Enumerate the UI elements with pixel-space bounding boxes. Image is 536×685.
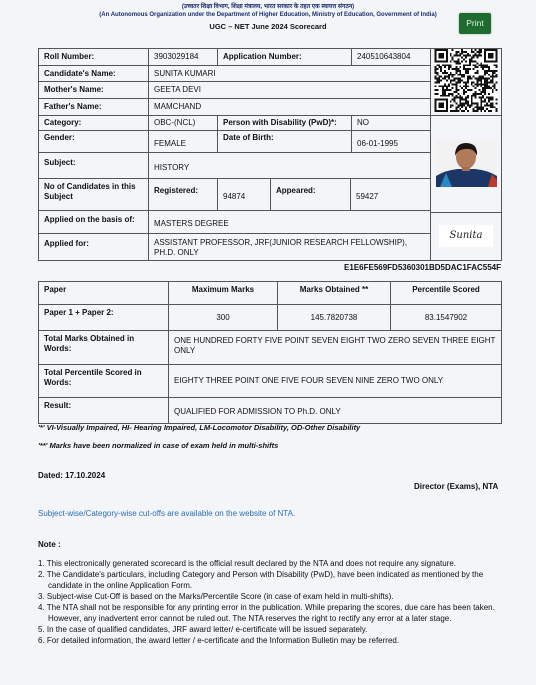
note-item: 3. Subject-wise Cut-Off is based on the … (38, 591, 508, 602)
director-signatory: Director (Exams), NTA (414, 482, 498, 491)
pwd-label: Person with Disability (PwD)*: (217, 115, 352, 131)
page-title: UGC – NET June 2024 Scorecard (0, 22, 536, 31)
gender-label: Gender: (38, 130, 149, 153)
result-label: Result: (38, 397, 169, 424)
max-marks-value: 300 (168, 304, 278, 331)
basis-label: Applied on the basis of: (38, 210, 149, 234)
candidate-name-value: SUNITA KUMARI (148, 65, 431, 82)
verification-hash: E1E6FE569FD5360301BD5DAC1FAC554F (344, 263, 501, 272)
mother-name-value: GEETA DEVI (148, 81, 431, 99)
cutoff-notice: Subject-wise/Category-wise cut-offs are … (38, 509, 295, 518)
applied-for-label: Applied for: (38, 233, 149, 261)
candidate-signature: Sunita (439, 225, 493, 247)
pwd-value: NO (351, 115, 431, 131)
roll-number-value: 3903029184 (148, 48, 218, 66)
percentile-value: 83.1547902 (390, 304, 502, 331)
candidate-name-label: Candidate's Name: (38, 65, 149, 82)
marks-obtained-value: 145.7820738 (277, 304, 391, 331)
marks-words-label: Total Marks Obtained in Words: (38, 330, 169, 365)
application-number-label: Application Number: (217, 48, 352, 66)
normalization-footnote: '**' Marks have been normalized in case … (38, 441, 278, 450)
header-percentile: Percentile Scored (390, 281, 502, 305)
note-item: 2. The Candidate's particulars, includin… (38, 569, 508, 591)
header-organization: (An Autonomous Organization under the De… (0, 12, 536, 18)
candidates-count-label: No of Candidates in this Subject (38, 178, 149, 211)
pwd-footnote: '*' VI-Visually Impaired, HI- Hearing Im… (38, 423, 360, 432)
note-item: 5. In the case of qualified candidates, … (38, 624, 508, 635)
header-paper: Paper (38, 281, 169, 305)
father-name-label: Father's Name: (38, 98, 149, 116)
paper-label: Paper 1 + Paper 2: (38, 304, 169, 331)
marks-words-value: ONE HUNDRED FORTY FIVE POINT SEVEN EIGHT… (168, 330, 502, 365)
application-number-value: 240510643804 (351, 48, 431, 66)
print-button[interactable]: Print (459, 13, 491, 34)
result-value: QUALIFIED FOR ADMISSION TO Ph.D. ONLY (168, 397, 502, 424)
dob-value: 06-01-1995 (351, 130, 431, 153)
header-hindi: (उच्चतर शिक्षा विभाग, शिक्षा मंत्रालय, भ… (0, 2, 536, 10)
person-photo-icon (436, 140, 497, 187)
dob-label: Date of Birth: (217, 130, 352, 153)
dated-text: Dated: 17.10.2024 (38, 471, 105, 480)
candidate-photo (436, 140, 497, 187)
applied-for-value: ASSISTANT PROFESSOR, JRF(JUNIOR RESEARCH… (148, 233, 431, 261)
category-label: Category: (38, 115, 149, 131)
basis-value: MASTERS DEGREE (148, 210, 431, 234)
registered-value: 94874 (217, 178, 271, 211)
gender-value: FEMALE (148, 130, 218, 153)
roll-number-label: Roll Number: (38, 48, 149, 66)
percentile-words-value: EIGHTY THREE POINT ONE FIVE FOUR SEVEN N… (168, 364, 502, 398)
mother-name-label: Mother's Name: (38, 81, 149, 99)
father-name-value: MAMCHAND (148, 98, 431, 116)
note-item: 1. This electronically generated scoreca… (38, 558, 508, 569)
category-value: OBC-(NCL) (148, 115, 218, 131)
note-item: 4. The NTA shall not be responsible for … (38, 602, 508, 624)
header-max-marks: Maximum Marks (168, 281, 278, 305)
percentile-words-label: Total Percentile Scored in Words: (38, 364, 169, 398)
notes-list: 1. This electronically generated scoreca… (38, 558, 508, 646)
registered-label: Registered: (148, 178, 218, 211)
note-heading: Note : (38, 540, 61, 549)
appeared-label: Appeared: (270, 178, 351, 211)
note-item: 6. For detailed information, the award l… (38, 635, 508, 646)
header-marks-obtained: Marks Obtained ** (277, 281, 391, 305)
appeared-value: 59427 (350, 178, 431, 211)
qr-code-icon (433, 49, 499, 112)
subject-label: Subject: (38, 152, 149, 179)
subject-value: HISTORY (148, 152, 431, 179)
